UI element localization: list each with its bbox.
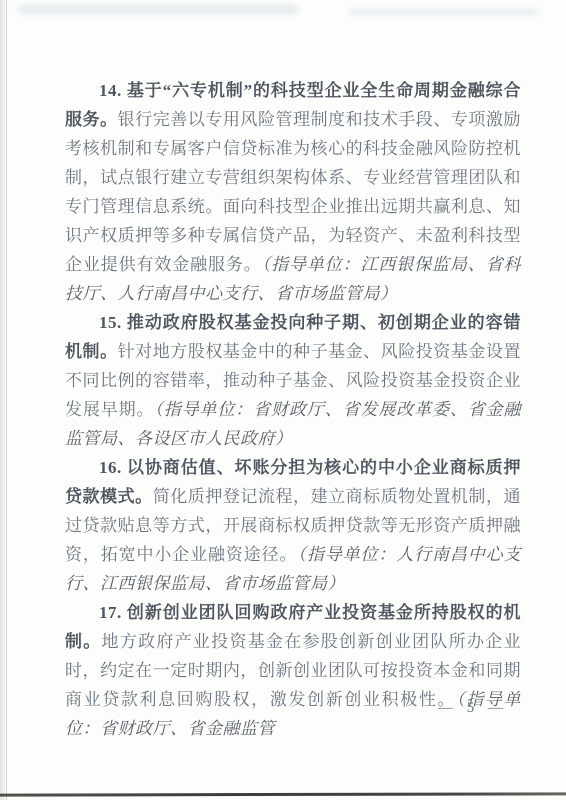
- paragraph-item-15: 15. 推动政府股权基金投向种子期、初创期企业的容错机制。针对地方股权基金中的种…: [65, 308, 521, 453]
- paragraph-14-body: 银行完善以专用风险管理制度和技术手段、专项激励考核机制和专属客户信贷标准为核心的…: [65, 110, 521, 274]
- document-page: 14. 基于“六专机制”的科技型企业全生命周期金融综合服务。银行完善以专用风险管…: [0, 0, 566, 800]
- paragraph-17-body: 地方政府产业投资基金在参股创新创业团队所办企业时，约定在一定时期内，创新创业团队…: [65, 632, 521, 709]
- page-number: — 5 —: [438, 700, 508, 717]
- scan-smudge-top-left: [18, 5, 298, 14]
- paragraph-item-14: 14. 基于“六专机制”的科技型企业全生命周期金融综合服务。银行完善以专用风险管…: [65, 76, 521, 308]
- paragraph-item-16: 16. 以协商估值、坏账分担为核心的中小企业商标质押贷款模式。简化质押登记流程，…: [65, 453, 521, 598]
- document-text-block: 14. 基于“六专机制”的科技型企业全生命周期金融综合服务。银行完善以专用风险管…: [65, 76, 521, 743]
- scan-edge-left-band: [0, 0, 7, 800]
- scan-edge-bottom-line: [0, 792, 566, 796]
- scan-smudge-top-right: [348, 8, 538, 15]
- paragraph-item-17: 17. 创新创业团队回购政府产业投资基金所持股权的机制。地方政府产业投资基金在参…: [65, 598, 521, 743]
